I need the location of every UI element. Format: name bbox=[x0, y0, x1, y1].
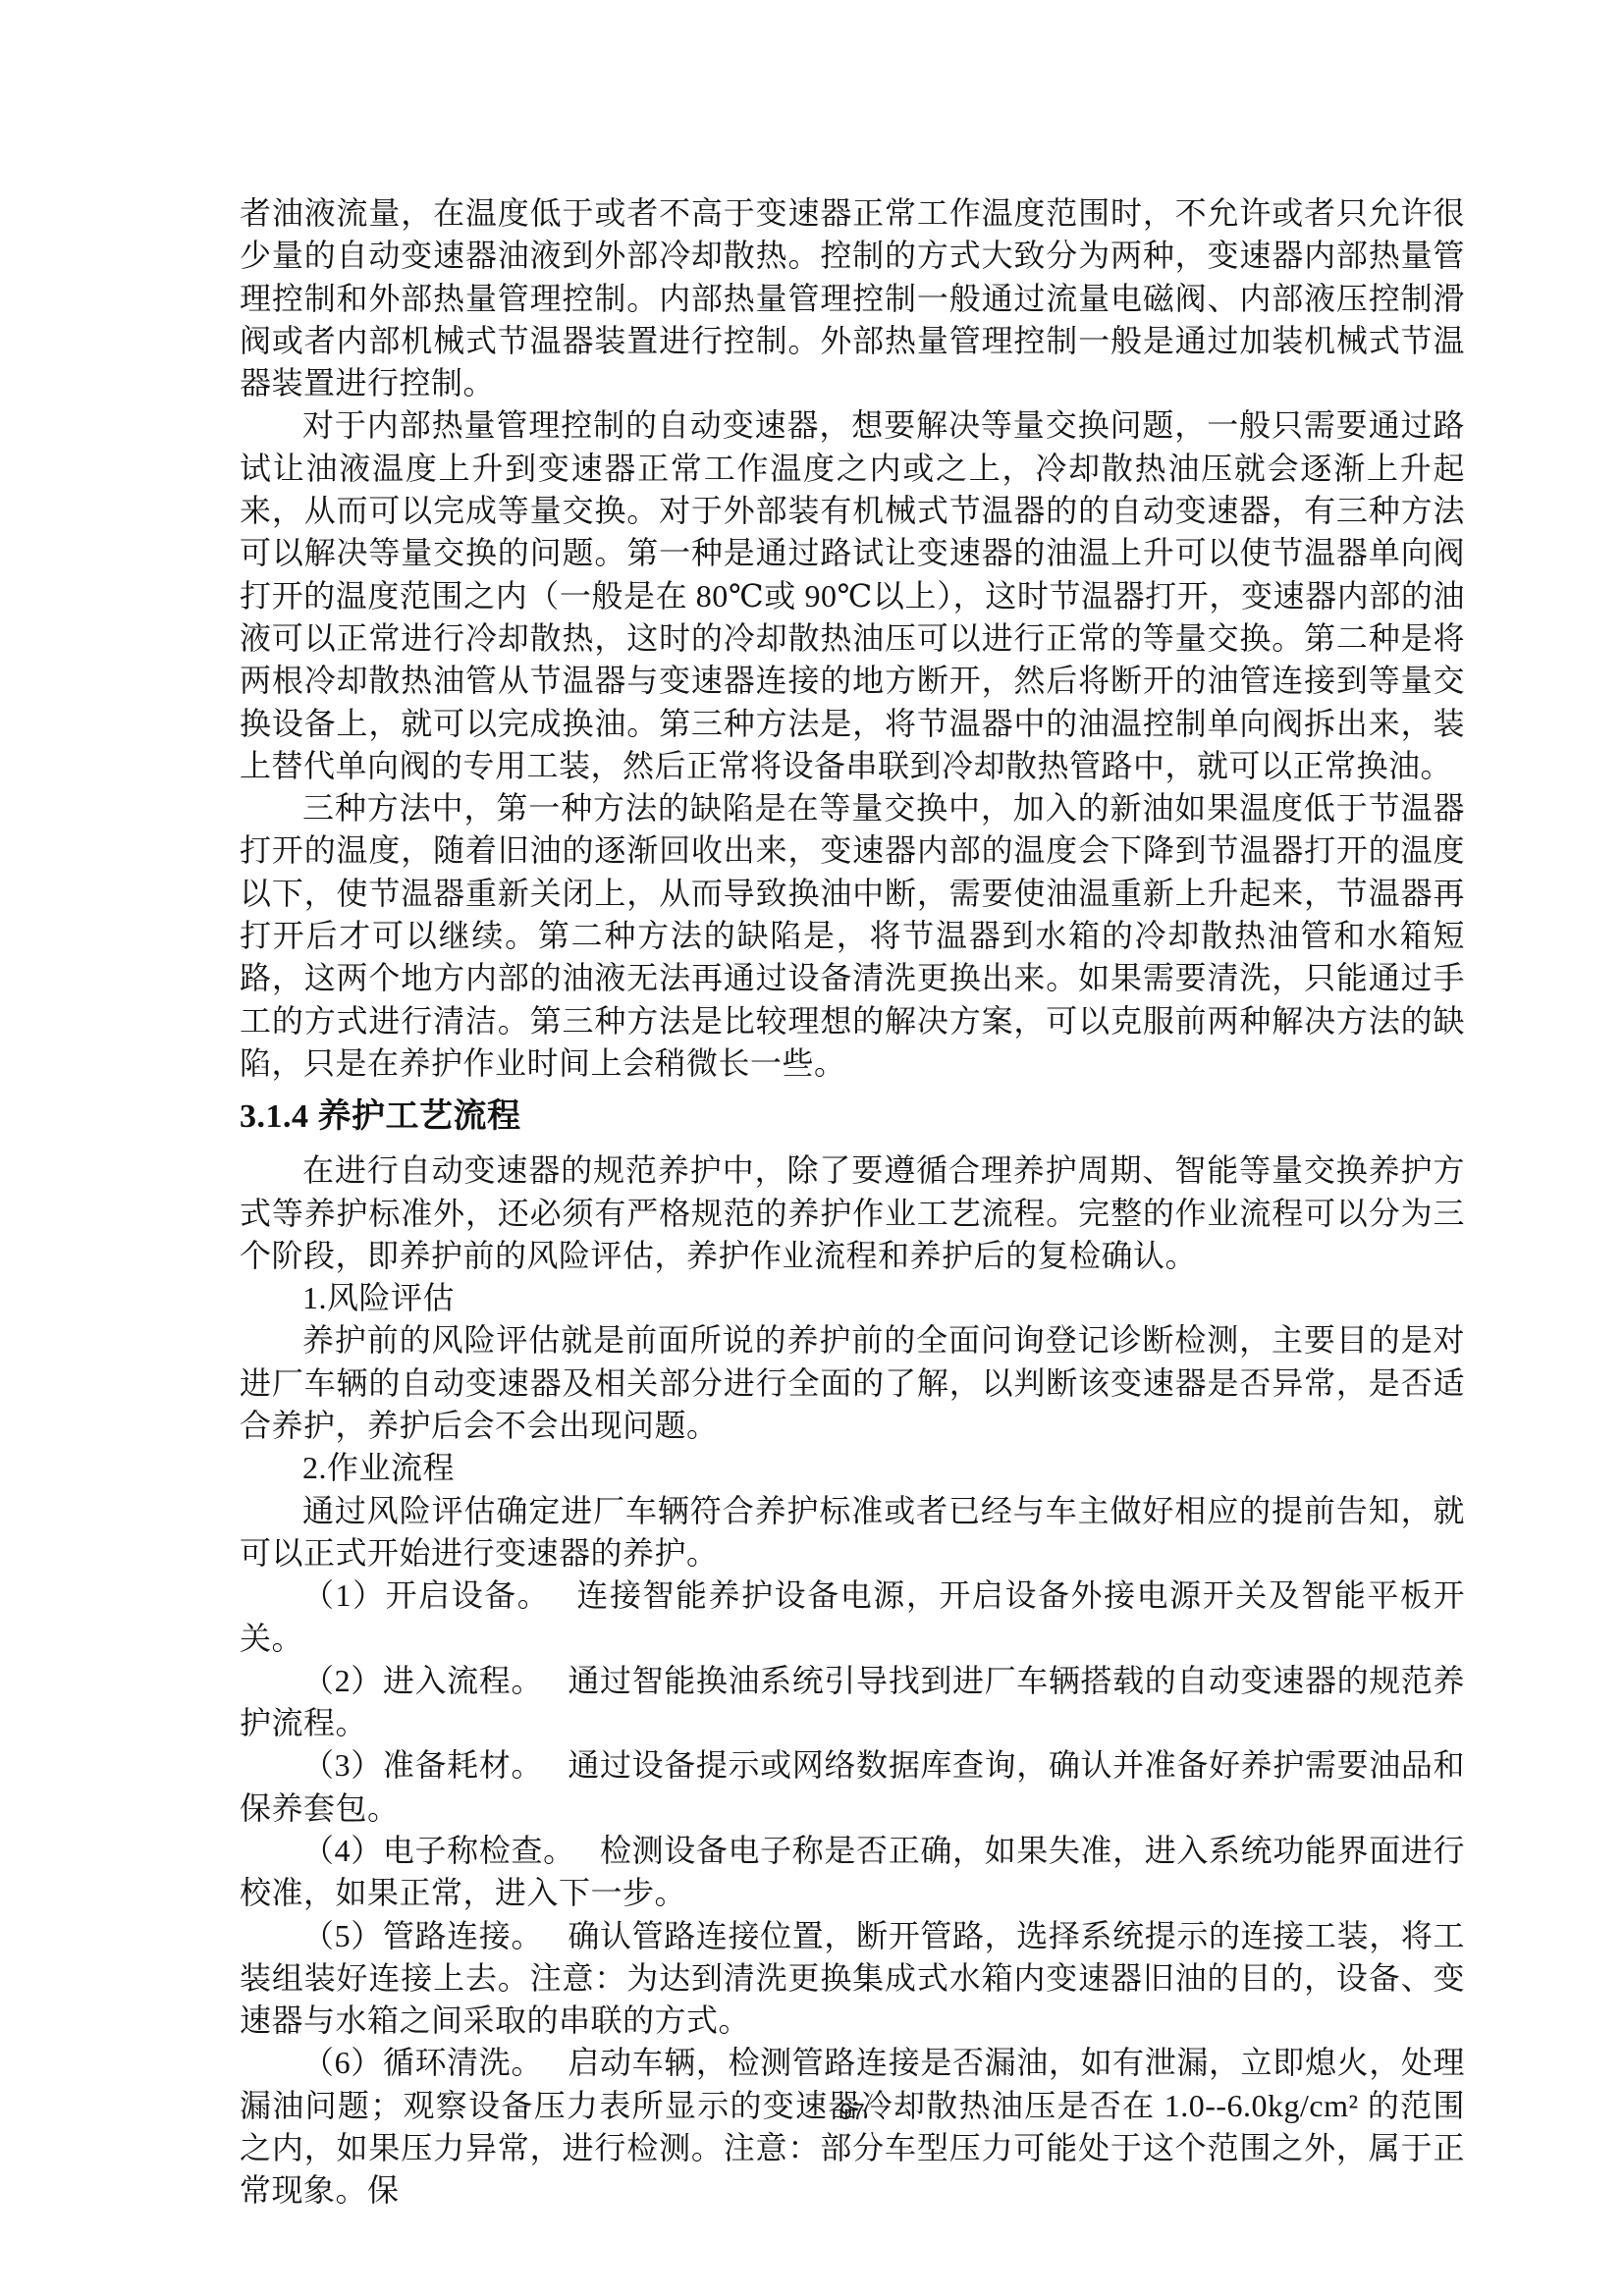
list-label: 2.作业流程 bbox=[240, 1447, 1465, 1489]
paragraph: 三种方法中，第一种方法的缺陷是在等量交换中，加入的新油如果温度低于节温器打开的温… bbox=[240, 787, 1465, 1085]
step-item: （1）开启设备。 连接智能养护设备电源，开启设备外接电源开关及智能平板开关。 bbox=[240, 1575, 1465, 1660]
page-number: 97 bbox=[240, 2099, 1465, 2125]
paragraph: 养护前的风险评估就是前面所说的养护前的全面问询登记诊断检测，主要目的是对进厂车辆… bbox=[240, 1319, 1465, 1447]
paragraph: 通过风险评估确定进厂车辆符合养护标准或者已经与车主做好相应的提前告知，就可以正式… bbox=[240, 1490, 1465, 1575]
list-label: 1.风险评估 bbox=[240, 1277, 1465, 1319]
page: 者油液流量，在温度低于或者不高于变速器正常工作温度范围时，不允许或者只允许很少量… bbox=[0, 0, 1624, 2296]
step-item: （3）准备耗材。 通过设备提示或网络数据库查询，确认并准备好养护需要油品和保养套… bbox=[240, 1744, 1465, 1830]
step-item: （2）进入流程。 通过智能换油系统引导找到进厂车辆搭载的自动变速器的规范养护流程… bbox=[240, 1660, 1465, 1745]
section-heading: 3.1.4 养护工艺流程 bbox=[240, 1094, 1465, 1140]
paragraph: 者油液流量，在温度低于或者不高于变速器正常工作温度范围时，不允许或者只允许很少量… bbox=[240, 192, 1465, 404]
step-item: （4）电子称检查。 检测设备电子称是否正确，如果失准，进入系统功能界面进行校准，… bbox=[240, 1830, 1465, 1915]
step-item: （5）管路连接。 确认管路连接位置，断开管路，选择系统提示的连接工装，将工装组装… bbox=[240, 1915, 1465, 2043]
paragraph: 在进行自动变速器的规范养护中，除了要遵循合理养护周期、智能等量交换养护方式等养护… bbox=[240, 1149, 1465, 1277]
document-body: 者油液流量，在温度低于或者不高于变速器正常工作温度范围时，不允许或者只允许很少量… bbox=[240, 192, 1465, 2213]
step-item: （6）循环清洗。 启动车辆，检测管路连接是否漏油，如有泄漏，立即熄火，处理漏油问… bbox=[240, 2042, 1465, 2212]
paragraph: 对于内部热量管理控制的自动变速器，想要解决等量交换问题，一般只需要通过路试让油液… bbox=[240, 404, 1465, 787]
